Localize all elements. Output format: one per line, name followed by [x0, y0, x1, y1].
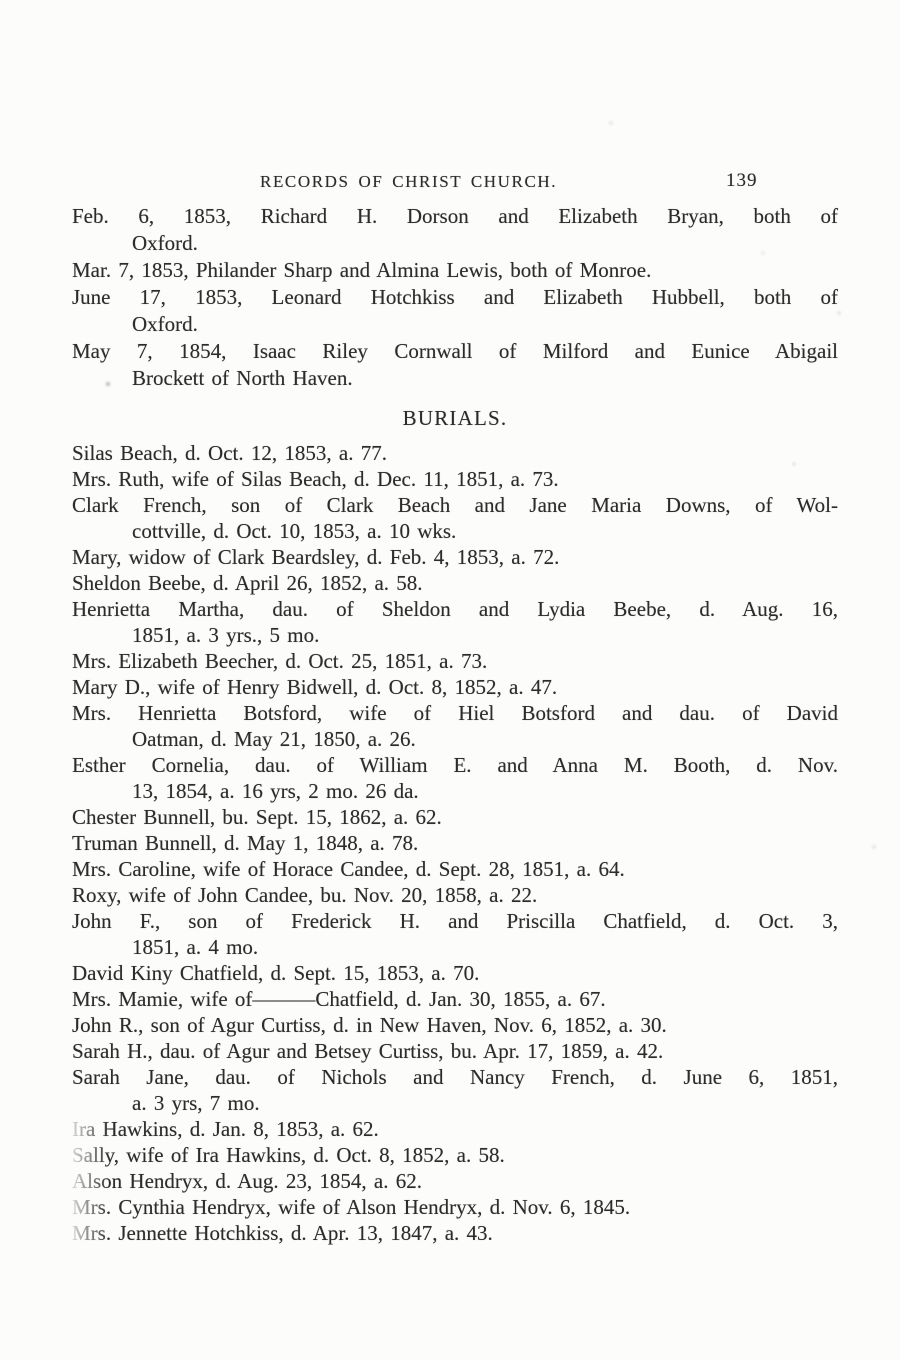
- burial-record: Roxy, wife of John Candee, bu. Nov. 20, …: [72, 882, 838, 908]
- burial-record: Chester Bunnell, bu. Sept. 15, 1862, a. …: [72, 804, 838, 830]
- burial-record: Mary D., wife of Henry Bidwell, d. Oct. …: [72, 674, 838, 700]
- record-line: Mrs. Cynthia Hendryx, wife of Alson Hend…: [72, 1194, 838, 1220]
- burial-record: Clark French, son of Clark Beach and Jan…: [72, 492, 838, 544]
- record-line: Esther Cornelia, dau. of William E. and …: [72, 752, 838, 778]
- burial-record: Ira Hawkins, d. Jan. 8, 1853, a. 62.: [72, 1116, 838, 1142]
- record-line: Mary, widow of Clark Beardsley, d. Feb. …: [72, 544, 838, 570]
- record-line-continuation: Oxford.: [132, 311, 838, 338]
- record-line: Mrs. Elizabeth Beecher, d. Oct. 25, 1851…: [72, 648, 838, 674]
- marriage-record: Mar. 7, 1853, Philander Sharp and Almina…: [72, 257, 838, 284]
- record-line: Sarah H., dau. of Agur and Betsey Curtis…: [72, 1038, 838, 1064]
- record-line: Truman Bunnell, d. May 1, 1848, a. 78.: [72, 830, 838, 856]
- record-line-continuation: a. 3 yrs, 7 mo.: [132, 1090, 838, 1116]
- record-line-continuation: Oxford.: [132, 230, 838, 257]
- burial-record: John F., son of Frederick H. and Priscil…: [72, 908, 838, 960]
- burial-record: Sarah H., dau. of Agur and Betsey Curtis…: [72, 1038, 838, 1064]
- burials-heading: BURIALS.: [72, 406, 838, 431]
- record-line: John R., son of Agur Curtiss, d. in New …: [72, 1012, 838, 1038]
- burial-record: Sheldon Beebe, d. April 26, 1852, a. 58.: [72, 570, 838, 596]
- record-line: Mrs. Jennette Hotchkiss, d. Apr. 13, 184…: [72, 1220, 838, 1246]
- record-line: Alson Hendryx, d. Aug. 23, 1854, a. 62.: [72, 1168, 838, 1194]
- record-line: Roxy, wife of John Candee, bu. Nov. 20, …: [72, 882, 838, 908]
- record-line: Ira Hawkins, d. Jan. 8, 1853, a. 62.: [72, 1116, 838, 1142]
- burial-record: Mrs. Elizabeth Beecher, d. Oct. 25, 1851…: [72, 648, 838, 674]
- record-line-continuation: Brockett of North Haven.: [132, 365, 838, 392]
- burial-record: Sally, wife of Ira Hawkins, d. Oct. 8, 1…: [72, 1142, 838, 1168]
- burial-record: David Kiny Chatfield, d. Sept. 15, 1853,…: [72, 960, 838, 986]
- record-line-continuation: 1851, a. 4 mo.: [132, 934, 838, 960]
- record-line: Sarah Jane, dau. of Nichols and Nancy Fr…: [72, 1064, 838, 1090]
- record-line: June 17, 1853, Leonard Hotchkiss and Eli…: [72, 284, 838, 311]
- record-line: Feb. 6, 1853, Richard H. Dorson and Eliz…: [72, 203, 838, 230]
- burial-record: Mrs. Henrietta Botsford, wife of Hiel Bo…: [72, 700, 838, 752]
- marriage-record: Feb. 6, 1853, Richard H. Dorson and Eliz…: [72, 203, 838, 257]
- page-number: 139: [726, 170, 758, 192]
- burial-record: Truman Bunnell, d. May 1, 1848, a. 78.: [72, 830, 838, 856]
- record-line-continuation: 1851, a. 3 yrs., 5 mo.: [132, 622, 838, 648]
- burial-record: Mrs. Caroline, wife of Horace Candee, d.…: [72, 856, 838, 882]
- burial-records-section: Silas Beach, d. Oct. 12, 1853, a. 77.Mrs…: [72, 440, 838, 1246]
- record-line: May 7, 1854, Isaac Riley Cornwall of Mil…: [72, 338, 838, 365]
- record-line: Mrs. Mamie, wife of———Chatfield, d. Jan.…: [72, 986, 838, 1012]
- burial-record: Alson Hendryx, d. Aug. 23, 1854, a. 62.: [72, 1168, 838, 1194]
- burial-record: Silas Beach, d. Oct. 12, 1853, a. 77.: [72, 440, 838, 466]
- book-page: RECORDS OF CHRIST CHURCH. 139 Feb. 6, 18…: [0, 0, 900, 1360]
- record-line: Mary D., wife of Henry Bidwell, d. Oct. …: [72, 674, 838, 700]
- burial-record: Mrs. Jennette Hotchkiss, d. Apr. 13, 184…: [72, 1220, 838, 1246]
- burial-record: Mary, widow of Clark Beardsley, d. Feb. …: [72, 544, 838, 570]
- burial-record: Mrs. Cynthia Hendryx, wife of Alson Hend…: [72, 1194, 838, 1220]
- marriage-record: June 17, 1853, Leonard Hotchkiss and Eli…: [72, 284, 838, 338]
- record-line: Mrs. Caroline, wife of Horace Candee, d.…: [72, 856, 838, 882]
- record-line: Mrs. Henrietta Botsford, wife of Hiel Bo…: [72, 700, 838, 726]
- burial-record: Mrs. Mamie, wife of———Chatfield, d. Jan.…: [72, 986, 838, 1012]
- record-line: Sheldon Beebe, d. April 26, 1852, a. 58.: [72, 570, 838, 596]
- burial-record: Esther Cornelia, dau. of William E. and …: [72, 752, 838, 804]
- record-line: Silas Beach, d. Oct. 12, 1853, a. 77.: [72, 440, 838, 466]
- record-line: John F., son of Frederick H. and Priscil…: [72, 908, 838, 934]
- marriage-record: May 7, 1854, Isaac Riley Cornwall of Mil…: [72, 338, 838, 392]
- record-line: Henrietta Martha, dau. of Sheldon and Ly…: [72, 596, 838, 622]
- burial-record: John R., son of Agur Curtiss, d. in New …: [72, 1012, 838, 1038]
- burial-record: Mrs. Ruth, wife of Silas Beach, d. Dec. …: [72, 466, 838, 492]
- burial-record: Henrietta Martha, dau. of Sheldon and Ly…: [72, 596, 838, 648]
- record-line: David Kiny Chatfield, d. Sept. 15, 1853,…: [72, 960, 838, 986]
- record-line: Mrs. Ruth, wife of Silas Beach, d. Dec. …: [72, 466, 838, 492]
- record-line: Sally, wife of Ira Hawkins, d. Oct. 8, 1…: [72, 1142, 838, 1168]
- record-line-continuation: 13, 1854, a. 16 yrs, 2 mo. 26 da.: [132, 778, 838, 804]
- running-title: RECORDS OF CHRIST CHURCH.: [260, 172, 557, 192]
- burial-record: Sarah Jane, dau. of Nichols and Nancy Fr…: [72, 1064, 838, 1116]
- record-line-continuation: cottville, d. Oct. 10, 1853, a. 10 wks.: [132, 518, 838, 544]
- record-line: Clark French, son of Clark Beach and Jan…: [72, 492, 838, 518]
- record-line: Mar. 7, 1853, Philander Sharp and Almina…: [72, 257, 838, 284]
- page-header: RECORDS OF CHRIST CHURCH. 139: [0, 172, 900, 199]
- record-line: Chester Bunnell, bu. Sept. 15, 1862, a. …: [72, 804, 838, 830]
- record-line-continuation: Oatman, d. May 21, 1850, a. 26.: [132, 726, 838, 752]
- marriage-records-section: Feb. 6, 1853, Richard H. Dorson and Eliz…: [72, 203, 838, 392]
- scan-specks: [0, 0, 2, 2]
